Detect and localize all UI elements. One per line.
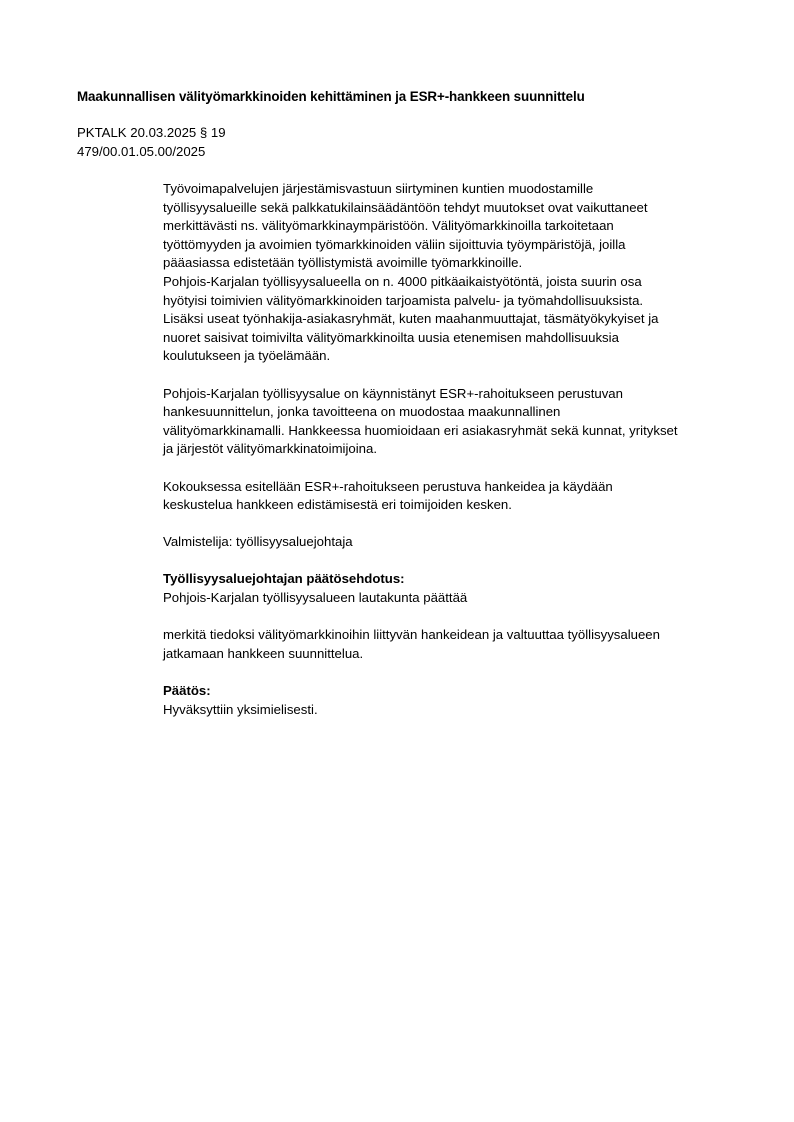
text-line: Pohjois-Karjalan työllisyysalueella on n… bbox=[163, 273, 753, 292]
text-line: jatkamaan hankkeen suunnittelua. bbox=[163, 645, 753, 664]
paragraph-meeting: Kokouksessa esitellään ESR+-rahoitukseen… bbox=[163, 478, 753, 515]
document-body: Työvoimapalvelujen järjestämisvastuun si… bbox=[163, 180, 753, 719]
preparer: Valmistelija: työllisyysaluejohtaja bbox=[163, 533, 753, 552]
proposal-intro: Pohjois-Karjalan työllisyysalueen lautak… bbox=[163, 589, 753, 608]
paragraph-spacer bbox=[163, 608, 753, 627]
text-line: Lisäksi useat työnhakija-asiakasryhmät, … bbox=[163, 310, 753, 329]
text-line: merkittävästi ns. välityömarkkinaympäris… bbox=[163, 217, 753, 236]
proposal-body: merkitä tiedoksi välityömarkkinoihin lii… bbox=[163, 626, 753, 663]
paragraph-spacer bbox=[163, 552, 753, 571]
proposal-heading: Työllisyysaluejohtajan päätösehdotus: bbox=[163, 570, 753, 589]
text-line: pääasiassa edistetään työllistymistä avo… bbox=[163, 254, 753, 273]
paragraph-background: Työvoimapalvelujen järjestämisvastuun si… bbox=[163, 180, 753, 366]
paragraph-spacer bbox=[163, 663, 753, 682]
text-line: nuoret saisivat toimivilta välityömarkki… bbox=[163, 329, 753, 348]
text-line: hyötyisi toimivien välityömarkkinoiden t… bbox=[163, 292, 753, 311]
text-line: työllisyysalueille sekä palkkatukilainsä… bbox=[163, 199, 753, 218]
paragraph-spacer bbox=[163, 459, 753, 478]
record-number: 479/00.01.05.00/2025 bbox=[77, 143, 226, 162]
text-line: merkitä tiedoksi välityömarkkinoihin lii… bbox=[163, 626, 753, 645]
document-meta: PKTALK 20.03.2025 § 19 479/00.01.05.00/2… bbox=[77, 124, 226, 161]
text-line: ja järjestöt välityömarkkinatoimijoina. bbox=[163, 440, 753, 459]
decision-text: Hyväksyttiin yksimielisesti. bbox=[163, 701, 753, 720]
paragraph-spacer bbox=[163, 515, 753, 534]
text-line: hankesuunnittelun, jonka tavoitteena on … bbox=[163, 403, 753, 422]
decision-heading: Päätös: bbox=[163, 682, 753, 701]
preparer-text: Valmistelija: työllisyysaluejohtaja bbox=[163, 533, 753, 552]
text-line: Pohjois-Karjalan työllisyysalue on käynn… bbox=[163, 385, 753, 404]
proposal-section: Työllisyysaluejohtajan päätösehdotus: Po… bbox=[163, 570, 753, 607]
text-line: työttömyyden ja avoimien työmarkkinoiden… bbox=[163, 236, 753, 255]
paragraph-project: Pohjois-Karjalan työllisyysalue on käynn… bbox=[163, 385, 753, 459]
text-line: koulutukseen ja työelämään. bbox=[163, 347, 753, 366]
paragraph-spacer bbox=[163, 366, 753, 385]
text-line: välityömarkkinamalli. Hankkeessa huomioi… bbox=[163, 422, 753, 441]
text-line: keskustelua hankkeen edistämisestä eri t… bbox=[163, 496, 753, 515]
text-line: Työvoimapalvelujen järjestämisvastuun si… bbox=[163, 180, 753, 199]
meeting-reference: PKTALK 20.03.2025 § 19 bbox=[77, 124, 226, 143]
decision-section: Päätös: Hyväksyttiin yksimielisesti. bbox=[163, 682, 753, 719]
text-line: Kokouksessa esitellään ESR+-rahoitukseen… bbox=[163, 478, 753, 497]
document-page: Maakunnallisen välityömarkkinoiden kehit… bbox=[0, 0, 794, 1122]
document-title: Maakunnallisen välityömarkkinoiden kehit… bbox=[77, 88, 585, 107]
